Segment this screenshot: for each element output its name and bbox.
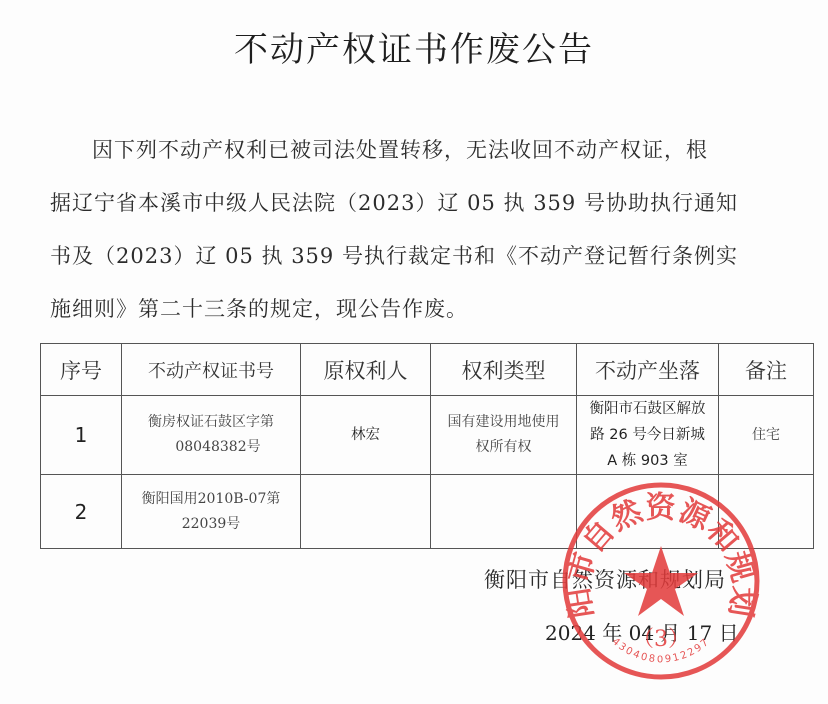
- header-original-holder: 原权利人: [301, 344, 431, 396]
- location-line-1: 衡阳市石鼓区解放: [577, 396, 718, 422]
- original-holder: [301, 475, 431, 549]
- table-header-row: 序号 不动产权证书号 原权利人 权利类型 不动产坐落 备注: [41, 344, 814, 396]
- certificate-line-2: 08048382号: [122, 435, 300, 460]
- header-index: 序号: [41, 344, 122, 396]
- certificate-number: 衡房权证石鼓区字第 08048382号: [122, 396, 301, 475]
- body-line-1: 因下列不动产权利已被司法处置转移，无法收回不动产权证，根: [50, 124, 770, 177]
- location-line-3: A 栋 903 室: [577, 448, 718, 474]
- certificate-line-2: 22039号: [122, 512, 300, 537]
- issue-date: 2024 年 04 月 17 日: [545, 617, 739, 646]
- row-index: 1: [41, 396, 122, 475]
- notice-body: 因下列不动产权利已被司法处置转移，无法收回不动产权证，根 据辽宁省本溪市中级人民…: [50, 124, 770, 336]
- table-row: 1 衡房权证石鼓区字第 08048382号 林宏 国有建设用地使用 权所有权 衡…: [41, 396, 814, 475]
- body-line-3: 书及（2023）辽 05 执 359 号执行裁定书和《不动产登记暂行条例实: [50, 230, 770, 283]
- right-type: 国有建设用地使用 权所有权: [431, 396, 577, 475]
- table-row: 2 衡阳国用2010B-07第 22039号: [41, 475, 814, 549]
- body-line-2: 据辽宁省本溪市中级人民法院（2023）辽 05 执 359 号协助执行通知: [50, 177, 770, 230]
- header-certificate-no: 不动产权证书号: [122, 344, 301, 396]
- row-index: 2: [41, 475, 122, 549]
- right-type-line-1: 国有建设用地使用: [431, 410, 576, 435]
- property-location: 衡阳市石鼓区解放 路 26 号今日新城 A 栋 903 室: [577, 396, 719, 475]
- location-line-2: 路 26 号今日新城: [577, 422, 718, 448]
- original-holder: 林宏: [301, 396, 431, 475]
- remark: 住宅: [719, 396, 814, 475]
- header-location: 不动产坐落: [577, 344, 719, 396]
- header-remark: 备注: [719, 344, 814, 396]
- notice-title: 不动产权证书作废公告: [0, 22, 828, 71]
- certificate-number: 衡阳国用2010B-07第 22039号: [122, 475, 301, 549]
- body-line-4: 施细则》第二十三条的规定，现公告作废。: [50, 283, 770, 336]
- void-certificates-table: 序号 不动产权证书号 原权利人 权利类型 不动产坐落 备注 1 衡房权证石鼓区字…: [40, 343, 814, 549]
- right-type-line-2: 权所有权: [431, 435, 576, 460]
- issuing-authority: 衡阳市自然资源和规划局: [484, 564, 726, 594]
- header-right-type: 权利类型: [431, 344, 577, 396]
- certificate-line-1: 衡阳国用2010B-07第: [122, 487, 300, 512]
- certificate-line-1: 衡房权证石鼓区字第: [122, 410, 300, 435]
- right-type: [431, 475, 577, 549]
- remark: [719, 475, 814, 549]
- property-location: [577, 475, 719, 549]
